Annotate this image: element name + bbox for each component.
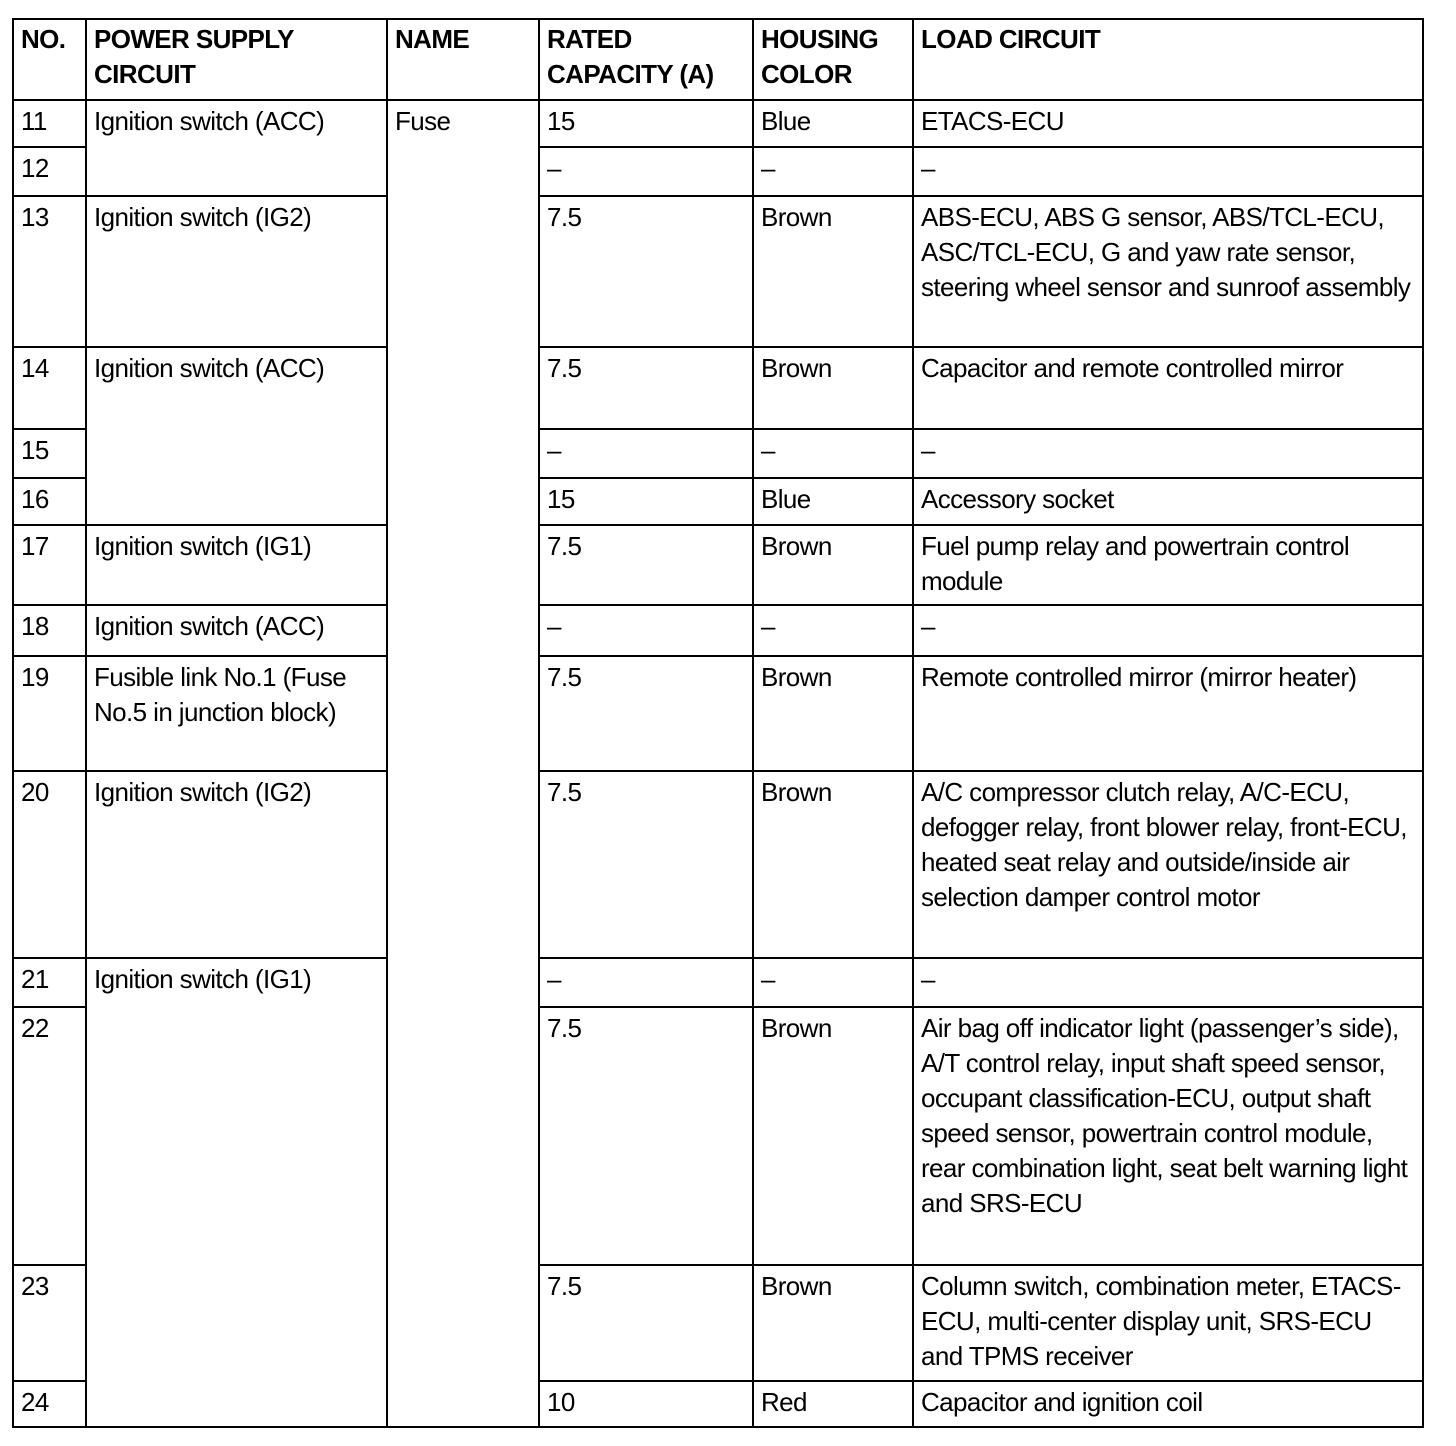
housing-color: Brown — [753, 771, 913, 958]
fuse-number: 22 — [13, 1007, 86, 1265]
housing-color: – — [753, 147, 913, 196]
rated-capacity: – — [539, 147, 753, 196]
load-circuit: Remote controlled mirror (mirror heater) — [913, 656, 1423, 771]
power-supply-circuit: Ignition switch (IG1) — [86, 525, 387, 605]
housing-color: Red — [753, 1381, 913, 1427]
fuse-number: 21 — [13, 958, 86, 1007]
power-supply-circuit: Ignition switch (ACC) — [86, 100, 387, 196]
power-supply-circuit: Ignition switch (ACC) — [86, 605, 387, 656]
header-no: NO. — [13, 19, 86, 100]
rated-capacity: – — [539, 605, 753, 656]
fuse-number: 14 — [13, 347, 86, 429]
rated-capacity: 7.5 — [539, 771, 753, 958]
rated-capacity: 7.5 — [539, 196, 753, 347]
fuse-number: 20 — [13, 771, 86, 958]
housing-color: Brown — [753, 525, 913, 605]
load-circuit: Capacitor and remote controlled mirror — [913, 347, 1423, 429]
table-row: 11 Ignition switch (ACC) Fuse 15 Blue ET… — [13, 100, 1423, 147]
header-load-circuit: LOAD CIRCUIT — [913, 19, 1423, 100]
rated-capacity: – — [539, 958, 753, 1007]
component-name: Fuse — [387, 100, 539, 1427]
load-circuit: Air bag off indicator light (passenger’s… — [913, 1007, 1423, 1265]
fuse-number: 19 — [13, 656, 86, 771]
power-supply-circuit: Ignition switch (IG2) — [86, 771, 387, 958]
housing-color: – — [753, 605, 913, 656]
housing-color: Blue — [753, 100, 913, 147]
housing-color: Brown — [753, 1007, 913, 1265]
table-row: 13 Ignition switch (IG2) 7.5 Brown ABS-E… — [13, 196, 1423, 347]
header-name: NAME — [387, 19, 539, 100]
load-circuit: – — [913, 958, 1423, 1007]
housing-color: Brown — [753, 656, 913, 771]
power-supply-circuit: Ignition switch (IG1) — [86, 958, 387, 1427]
table-row: 17 Ignition switch (IG1) 7.5 Brown Fuel … — [13, 525, 1423, 605]
rated-capacity: 10 — [539, 1381, 753, 1427]
housing-color: Blue — [753, 478, 913, 525]
header-row: NO. POWER SUPPLY CIRCUIT NAME RATED CAPA… — [13, 19, 1423, 100]
housing-color: Brown — [753, 1265, 913, 1381]
fuse-number: 15 — [13, 429, 86, 478]
power-supply-circuit: Ignition switch (ACC) — [86, 347, 387, 525]
fuse-number: 16 — [13, 478, 86, 525]
fuse-table: NO. POWER SUPPLY CIRCUIT NAME RATED CAPA… — [12, 18, 1424, 1428]
fuse-number: 11 — [13, 100, 86, 147]
table-row: 21 Ignition switch (IG1) – – – — [13, 958, 1423, 1007]
load-circuit: Column switch, combination meter, ETACS-… — [913, 1265, 1423, 1381]
power-supply-circuit: Ignition switch (IG2) — [86, 196, 387, 347]
header-power-supply-circuit: POWER SUPPLY CIRCUIT — [86, 19, 387, 100]
load-circuit: – — [913, 605, 1423, 656]
table-row: 18 Ignition switch (ACC) – – – — [13, 605, 1423, 656]
rated-capacity: 7.5 — [539, 1007, 753, 1265]
fuse-number: 24 — [13, 1381, 86, 1427]
header-housing-color: HOUSING COLOR — [753, 19, 913, 100]
fuse-number: 12 — [13, 147, 86, 196]
table-row: 20 Ignition switch (IG2) 7.5 Brown A/C c… — [13, 771, 1423, 958]
rated-capacity: 7.5 — [539, 1265, 753, 1381]
rated-capacity: 7.5 — [539, 347, 753, 429]
rated-capacity: 15 — [539, 100, 753, 147]
load-circuit: – — [913, 147, 1423, 196]
load-circuit: A/C compressor clutch relay, A/C-ECU, de… — [913, 771, 1423, 958]
power-supply-circuit: Fusible link No.1 (Fuse No.5 in junction… — [86, 656, 387, 771]
load-circuit: – — [913, 429, 1423, 478]
housing-color: Brown — [753, 347, 913, 429]
header-rated-capacity: RATED CAPACITY (A) — [539, 19, 753, 100]
fuse-number: 17 — [13, 525, 86, 605]
load-circuit: Fuel pump relay and powertrain control m… — [913, 525, 1423, 605]
rated-capacity: 15 — [539, 478, 753, 525]
table-row: 14 Ignition switch (ACC) 7.5 Brown Capac… — [13, 347, 1423, 429]
housing-color: – — [753, 429, 913, 478]
housing-color: Brown — [753, 196, 913, 347]
load-circuit: ETACS-ECU — [913, 100, 1423, 147]
fuse-number: 18 — [13, 605, 86, 656]
load-circuit: Capacitor and ignition coil — [913, 1381, 1423, 1427]
table-row: 19 Fusible link No.1 (Fuse No.5 in junct… — [13, 656, 1423, 771]
fuse-number: 13 — [13, 196, 86, 347]
fuse-number: 23 — [13, 1265, 86, 1381]
rated-capacity: 7.5 — [539, 525, 753, 605]
load-circuit: Accessory socket — [913, 478, 1423, 525]
load-circuit: ABS-ECU, ABS G sensor, ABS/TCL-ECU, ASC/… — [913, 196, 1423, 347]
rated-capacity: – — [539, 429, 753, 478]
housing-color: – — [753, 958, 913, 1007]
rated-capacity: 7.5 — [539, 656, 753, 771]
